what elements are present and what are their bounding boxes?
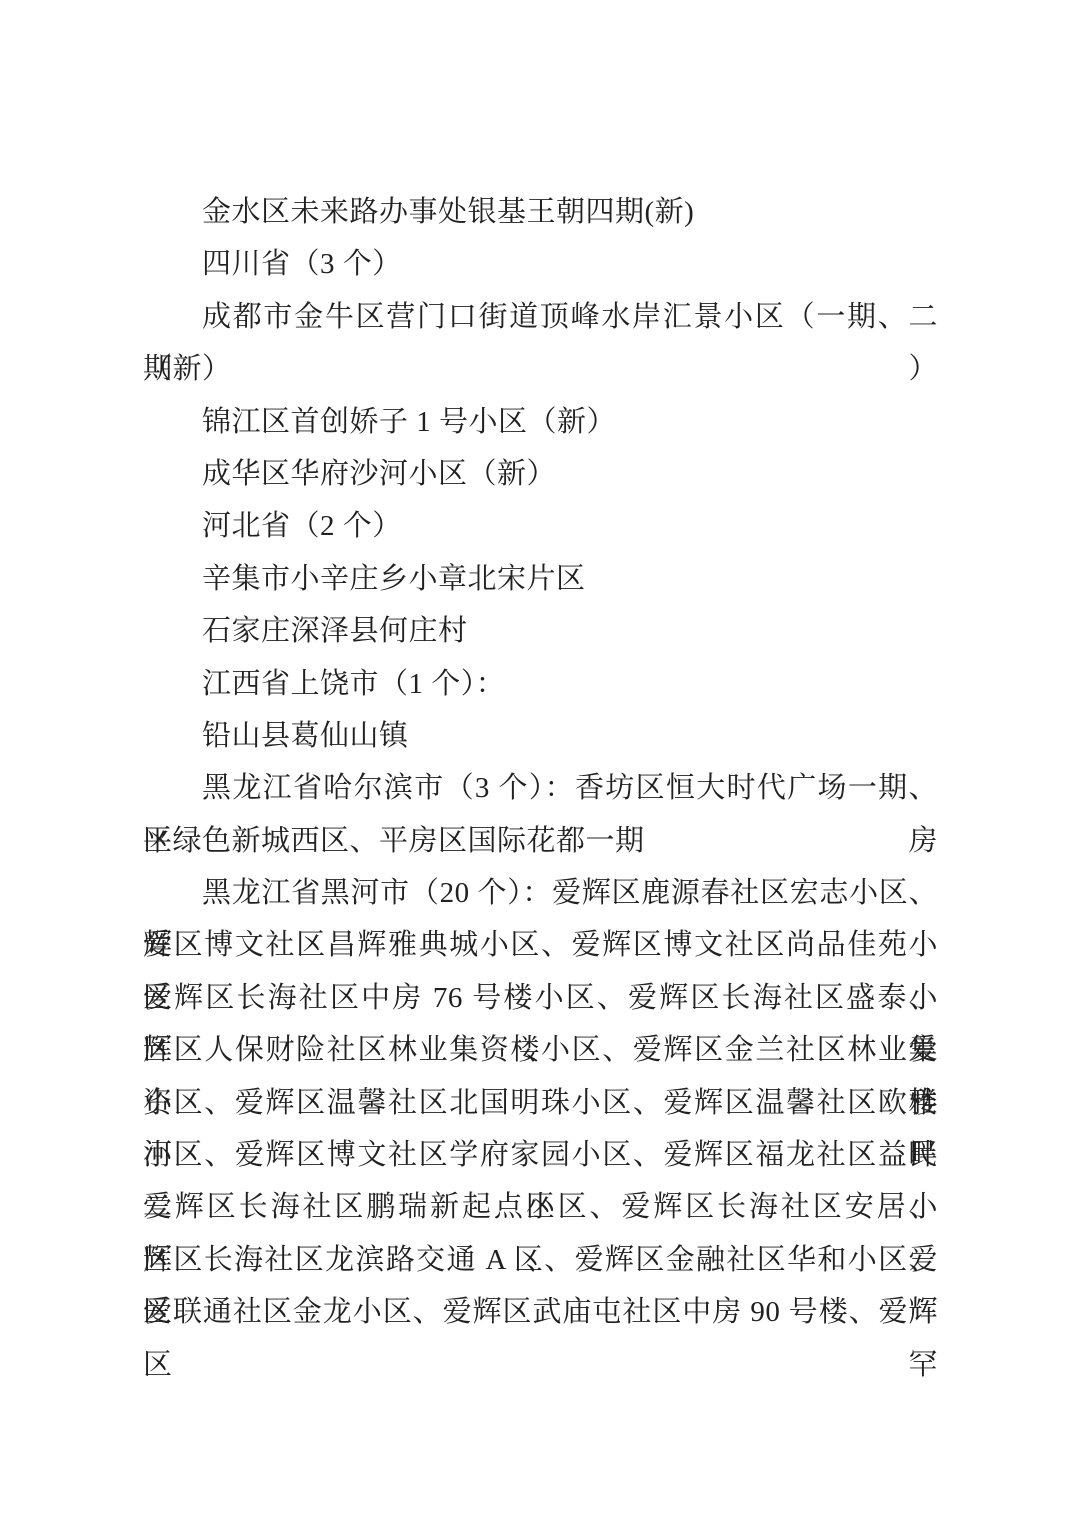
text-line: 辛集市小辛庄乡小章北宋片区	[143, 553, 938, 605]
text-line: 区联通社区金龙小区、爱辉区武庙屯社区中房 90 号楼、爱辉区罕	[143, 1286, 938, 1338]
text-line: 成都市金牛区营门口街道顶峰水岸汇景小区（一期、二期）	[143, 291, 938, 343]
text-line: 金水区未来路办事处银基王朝四期(新)	[143, 186, 938, 238]
text-line: 江西省上饶市（1 个）：	[143, 658, 938, 710]
text-line: 爱辉区长海社区中房 76 号楼小区、爱辉区长海社区盛泰小区、爱	[143, 972, 938, 1024]
text-line: 锦江区首创娇子 1 号小区（新）	[143, 396, 938, 448]
text-line: 河北省（2 个）	[143, 500, 938, 552]
text-line: 辉区人保财险社区林业集资楼小区、爱辉区金兰社区林业集资楼	[143, 1024, 938, 1076]
document-page: 金水区未来路办事处银基王朝四期(新)四川省（3 个）成都市金牛区营门口街道顶峰水…	[0, 0, 1080, 1526]
text-line: 石家庄深泽县何庄村	[143, 605, 938, 657]
text-line: 黑龙江省黑河市（20 个）：爱辉区鹿源春社区宏志小区、爱	[143, 867, 938, 919]
text-line: 爱辉区长海社区鹏瑞新起点小区、爱辉区长海社区安居小区、爱	[143, 1181, 938, 1233]
text-line: 铅山县葛仙山镇	[143, 710, 938, 762]
text-line: 黑龙江省哈尔滨市（3 个）：香坊区恒大时代广场一期、平房	[143, 762, 938, 814]
text-line: 小区、爱辉区温馨社区北国明珠小区、爱辉区温馨社区欧雅河畔	[143, 1077, 938, 1129]
text-line: 四川省（3 个）	[143, 238, 938, 290]
text-line: 小区、爱辉区博文社区学府家园小区、爱辉区福龙社区益民二区、	[143, 1129, 938, 1181]
text-line: 成华区华府沙河小区（新）	[143, 448, 938, 500]
text-line: 辉区博文社区昌辉雅典城小区、爱辉区博文社区尚品佳苑小区、	[143, 919, 938, 971]
document-text: 金水区未来路办事处银基王朝四期(新)四川省（3 个）成都市金牛区营门口街道顶峰水…	[143, 186, 938, 1339]
text-line: 辉区长海社区龙滨路交通 A 区、爱辉区金融社区华和小区、爱辉	[143, 1234, 938, 1286]
